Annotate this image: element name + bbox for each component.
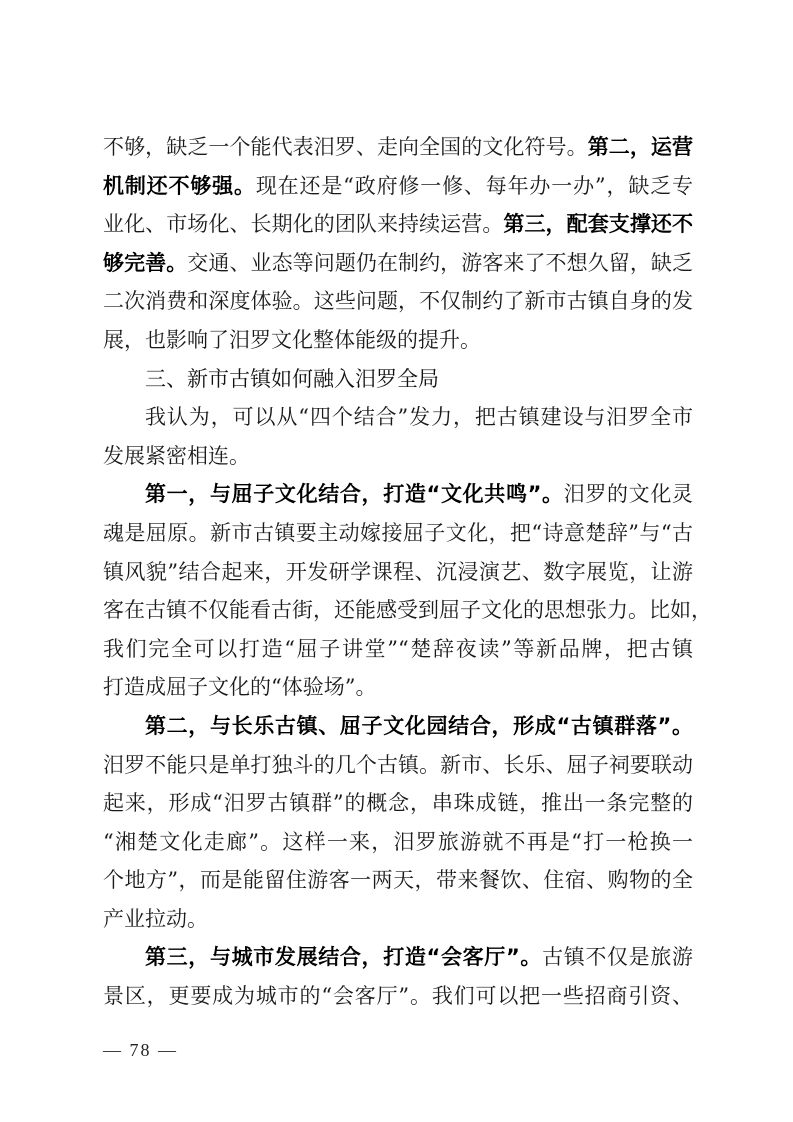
text-segment: 产业拉动。	[103, 907, 208, 931]
text-segment: 客在古镇不仅能看古街，还能感受到屈子文化的思想张力。比如，	[103, 598, 712, 622]
text-segment: 魂是屈原。新市古镇要主动嫁接屈子文化，把“诗意楚辞”与“古	[103, 521, 693, 545]
text-segment: 展，也影响了汨罗文化整体能级的提升。	[103, 328, 481, 352]
text-segment: 二次消费和深度体验。这些问题，不仅制约了新市古镇自身的发	[103, 289, 693, 313]
text-line: 打造成屈子文化的“体验场”。	[103, 668, 693, 707]
text-line: 展，也影响了汨罗文化整体能级的提升。	[103, 321, 693, 360]
text-line: 个地方”，而是能留住游客一两天，带来餐饮、住宿、购物的全	[103, 861, 693, 900]
text-line: “湘楚文化走廊”。这样一来，汨罗旅游就不再是“打一枪换一	[103, 823, 693, 862]
text-segment: 发展紧密相连。	[103, 444, 250, 468]
text-line: 景区，更要成为城市的“会客厅”。我们可以把一些招商引资、	[103, 977, 693, 1016]
text-segment: 现在还是“政府修一修、每年办一办”，缺乏专	[256, 174, 693, 198]
text-segment: 镇风貌”结合起来，开发研学课程、沉浸演艺、数字展览，让游	[103, 560, 693, 584]
text-segment: 汨罗的文化灵	[564, 482, 693, 506]
text-segment: 我认为，可以从“四个结合”发力，把古镇建设与汨罗全市	[145, 405, 693, 429]
text-line: 魂是屈原。新市古镇要主动嫁接屈子文化，把“诗意楚辞”与“古	[103, 514, 693, 553]
text-line: 我们完全可以打造“屈子讲堂”“楚辞夜读”等新品牌，把古镇	[103, 630, 693, 669]
bold-text: 第二，与长乐古镇、屈子文化园结合，形成“古镇群落”。	[145, 714, 693, 738]
text-line: 发展紧密相连。	[103, 437, 693, 476]
text-segment: 古镇不仅是旅游	[542, 945, 693, 969]
bold-text: 第三，与城市发展结合，打造“会客厅”。	[145, 945, 542, 969]
page-number: — 78 —	[103, 1040, 178, 1061]
bold-text: 第一，与屈子文化结合，打造“文化共鸣”。	[145, 482, 564, 506]
bold-text: 第三，配套支撑还不	[503, 212, 693, 236]
text-line: 机制还不够强。现在还是“政府修一修、每年办一办”，缺乏专	[103, 167, 693, 206]
text-line: 够完善。交通、业态等问题仍在制约，游客来了不想久留，缺乏	[103, 244, 693, 283]
text-segment: 交通、业态等问题仍在制约，游客来了不想久留，缺乏	[187, 251, 693, 275]
text-line: 起来，形成“汨罗古镇群”的概念，串珠成链，推出一条完整的	[103, 784, 693, 823]
text-line: 我认为，可以从“四个结合”发力，把古镇建设与汨罗全市	[103, 398, 693, 437]
text-line: 汨罗不能只是单打独斗的几个古镇。新市、长乐、屈子祠要联动	[103, 746, 693, 785]
text-line: 客在古镇不仅能看古街，还能感受到屈子文化的思想张力。比如，	[103, 591, 693, 630]
text-line: 业化、市场化、长期化的团队来持续运营。第三，配套支撑还不	[103, 205, 693, 244]
text-line: 二次消费和深度体验。这些问题，不仅制约了新市古镇自身的发	[103, 282, 693, 321]
text-segment: 打造成屈子文化的“体验场”。	[103, 675, 376, 699]
text-segment: 景区，更要成为城市的“会客厅”。我们可以把一些招商引资、	[103, 984, 693, 1008]
text-segment: 个地方”，而是能留住游客一两天，带来餐饮、住宿、购物的全	[103, 868, 693, 892]
text-line: 产业拉动。	[103, 900, 693, 939]
bold-text: 够完善。	[103, 251, 187, 275]
text-segment: 我们完全可以打造“屈子讲堂”“楚辞夜读”等新品牌，把古镇	[103, 637, 693, 661]
body-text: 不够，缺乏一个能代表汨罗、走向全国的文化符号。第二，运营机制还不够强。现在还是“…	[103, 128, 693, 1016]
text-segment: “湘楚文化走廊”。这样一来，汨罗旅游就不再是“打一枪换一	[103, 830, 693, 854]
bold-text: 机制还不够强。	[103, 174, 256, 198]
document-page: 不够，缺乏一个能代表汨罗、走向全国的文化符号。第二，运营机制还不够强。现在还是“…	[0, 0, 793, 1122]
text-segment: 不够，缺乏一个能代表汨罗、走向全国的文化符号。	[103, 135, 588, 159]
text-line: 不够，缺乏一个能代表汨罗、走向全国的文化符号。第二，运营	[103, 128, 693, 167]
text-line: 第一，与屈子文化结合，打造“文化共鸣”。汨罗的文化灵	[103, 475, 693, 514]
text-line: 第三，与城市发展结合，打造“会客厅”。古镇不仅是旅游	[103, 938, 693, 977]
text-segment: 业化、市场化、长期化的团队来持续运营。	[103, 212, 503, 236]
bold-text: 第二，运营	[588, 135, 693, 159]
text-segment: 起来，形成“汨罗古镇群”的概念，串珠成链，推出一条完整的	[103, 791, 693, 815]
section-heading: 三、新市古镇如何融入汨罗全局	[103, 360, 693, 399]
text-line: 第二，与长乐古镇、屈子文化园结合，形成“古镇群落”。	[103, 707, 693, 746]
text-line: 镇风貌”结合起来，开发研学课程、沉浸演艺、数字展览，让游	[103, 553, 693, 592]
text-segment: 三、新市古镇如何融入汨罗全局	[145, 367, 439, 391]
text-segment: 汨罗不能只是单打独斗的几个古镇。新市、长乐、屈子祠要联动	[103, 753, 693, 777]
